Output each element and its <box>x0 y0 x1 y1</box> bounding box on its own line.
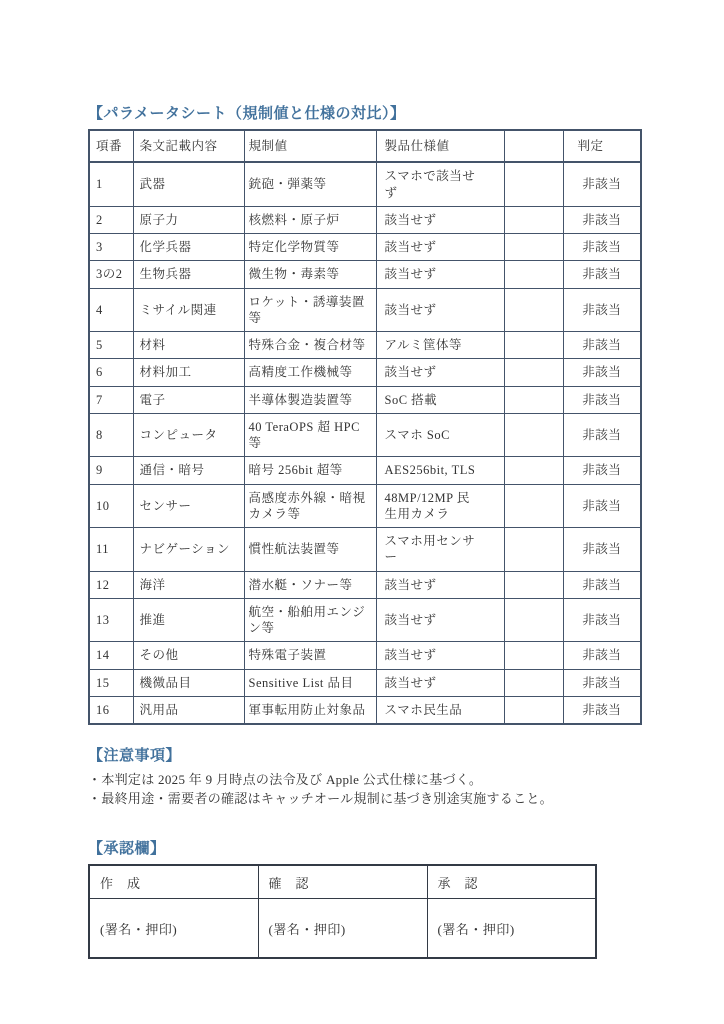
approval-sign-row: (署名・押印)(署名・押印)(署名・押印) <box>89 899 596 959</box>
table-cell: 銃砲・弾薬等 <box>244 162 376 206</box>
table-cell: 13 <box>89 598 133 642</box>
table-cell: アルミ筐体等 <box>376 332 504 359</box>
table-cell <box>504 359 563 386</box>
table-cell <box>504 484 563 528</box>
column-header: 製品仕様値 <box>376 130 504 162</box>
table-cell: 該当せず <box>376 234 504 261</box>
table-row: 12海洋潜水艇・ソナー等該当せず非該当 <box>89 571 641 598</box>
table-cell <box>504 162 563 206</box>
table-cell: スマホ SoC <box>376 413 504 457</box>
table-cell: 非該当 <box>563 332 641 359</box>
table-row: 15機微品目Sensitive List 品目該当せず非該当 <box>89 669 641 696</box>
table-cell: 非該当 <box>563 162 641 206</box>
table-cell: 1 <box>89 162 133 206</box>
table-cell: 9 <box>89 457 133 484</box>
approval-sign-cell: (署名・押印) <box>89 899 258 959</box>
table-cell: 該当せず <box>376 206 504 233</box>
column-header: 条文記載内容 <box>133 130 244 162</box>
table-cell: センサー <box>133 484 244 528</box>
table-cell: 3 <box>89 234 133 261</box>
table-cell: 8 <box>89 413 133 457</box>
table-cell <box>504 696 563 724</box>
table-cell: 該当せず <box>376 642 504 669</box>
note-item: ・本判定は 2025 年 9 月時点の法令及び Apple 公式仕様に基づく。 <box>88 771 640 790</box>
table-cell: 武器 <box>133 162 244 206</box>
table-cell: 海洋 <box>133 571 244 598</box>
table-cell: 生物兵器 <box>133 261 244 288</box>
approval-sign-cell: (署名・押印) <box>427 899 596 959</box>
table-cell: 微生物・毒素等 <box>244 261 376 288</box>
table-cell: 非該当 <box>563 234 641 261</box>
table-cell: 2 <box>89 206 133 233</box>
table-row: 7電子半導体製造装置等SoC 搭載非該当 <box>89 386 641 413</box>
parameter-table: 項番条文記載内容規制値製品仕様値判定 1武器銃砲・弾薬等スマホで該当せず非該当2… <box>88 129 642 725</box>
table-cell: 12 <box>89 571 133 598</box>
table-cell: 10 <box>89 484 133 528</box>
table-cell: 材料 <box>133 332 244 359</box>
table-cell: 航空・船舶用エンジン等 <box>244 598 376 642</box>
table-cell <box>504 386 563 413</box>
table-row: 10センサー高感度赤外線・暗視カメラ等48MP/12MP 民生用カメラ非該当 <box>89 484 641 528</box>
table-cell: その他 <box>133 642 244 669</box>
table-cell: スマホ民生品 <box>376 696 504 724</box>
table-cell: 該当せず <box>376 571 504 598</box>
table-cell: ミサイル関連 <box>133 288 244 332</box>
table-cell: 15 <box>89 669 133 696</box>
table-cell: 非該当 <box>563 669 641 696</box>
table-cell: Sensitive List 品目 <box>244 669 376 696</box>
table-cell: 該当せず <box>376 261 504 288</box>
approval-header-cell: 承 認 <box>427 865 596 899</box>
table-row: 6材料加工高精度工作機械等該当せず非該当 <box>89 359 641 386</box>
table-cell <box>504 261 563 288</box>
table-cell: 慣性航法装置等 <box>244 528 376 572</box>
table-row: 1武器銃砲・弾薬等スマホで該当せず非該当 <box>89 162 641 206</box>
approval-header-cell: 作 成 <box>89 865 258 899</box>
table-row: 5材料特殊合金・複合材等アルミ筐体等非該当 <box>89 332 641 359</box>
table-cell <box>504 288 563 332</box>
table-cell: 非該当 <box>563 288 641 332</box>
table-cell: 該当せず <box>376 669 504 696</box>
table-cell: スマホ用センサー <box>376 528 504 572</box>
table-cell: 軍事転用防止対象品 <box>244 696 376 724</box>
page-title: 【パラメータシート（規制値と仕様の対比）】 <box>88 104 640 124</box>
column-header: 判定 <box>563 130 641 162</box>
approval-section: 【承認欄】 作 成確 認承 認 (署名・押印)(署名・押印)(署名・押印) <box>88 839 640 959</box>
table-cell <box>504 457 563 484</box>
table-cell <box>504 413 563 457</box>
table-cell: 16 <box>89 696 133 724</box>
table-cell: 非該当 <box>563 413 641 457</box>
table-row: 16汎用品軍事転用防止対象品スマホ民生品非該当 <box>89 696 641 724</box>
table-cell: コンピュータ <box>133 413 244 457</box>
table-row: 13推進航空・船舶用エンジン等該当せず非該当 <box>89 598 641 642</box>
table-cell: 特殊電子装置 <box>244 642 376 669</box>
table-cell: 機微品目 <box>133 669 244 696</box>
table-cell: 非該当 <box>563 484 641 528</box>
table-cell: 化学兵器 <box>133 234 244 261</box>
table-cell: 高感度赤外線・暗視カメラ等 <box>244 484 376 528</box>
table-cell: 推進 <box>133 598 244 642</box>
approval-title: 【承認欄】 <box>88 839 640 859</box>
table-cell: 非該当 <box>563 571 641 598</box>
table-cell <box>504 598 563 642</box>
table-row: 4ミサイル関連ロケット・誘導装置等該当せず非該当 <box>89 288 641 332</box>
table-cell: 高精度工作機械等 <box>244 359 376 386</box>
table-row: 14その他特殊電子装置該当せず非該当 <box>89 642 641 669</box>
table-cell: SoC 搭載 <box>376 386 504 413</box>
table-cell: 原子力 <box>133 206 244 233</box>
table-cell <box>504 669 563 696</box>
table-cell <box>504 234 563 261</box>
column-header <box>504 130 563 162</box>
table-cell: 該当せず <box>376 598 504 642</box>
table-cell: 半導体製造装置等 <box>244 386 376 413</box>
column-header: 項番 <box>89 130 133 162</box>
approval-table: 作 成確 認承 認 (署名・押印)(署名・押印)(署名・押印) <box>88 864 597 959</box>
table-cell: 7 <box>89 386 133 413</box>
table-cell: 材料加工 <box>133 359 244 386</box>
column-header: 規制値 <box>244 130 376 162</box>
table-cell <box>504 206 563 233</box>
table-cell: 汎用品 <box>133 696 244 724</box>
table-header-row: 項番条文記載内容規制値製品仕様値判定 <box>89 130 641 162</box>
table-cell <box>504 528 563 572</box>
table-cell: 非該当 <box>563 457 641 484</box>
table-cell: 4 <box>89 288 133 332</box>
approval-header-cell: 確 認 <box>258 865 427 899</box>
table-cell: 非該当 <box>563 206 641 233</box>
table-cell: ナビゲーション <box>133 528 244 572</box>
table-cell: 11 <box>89 528 133 572</box>
table-cell: 通信・暗号 <box>133 457 244 484</box>
approval-sign-cell: (署名・押印) <box>258 899 427 959</box>
table-cell: スマホで該当せず <box>376 162 504 206</box>
table-cell: 電子 <box>133 386 244 413</box>
table-cell: 非該当 <box>563 386 641 413</box>
table-row: 8コンピュータ40 TeraOPS 超 HPC 等スマホ SoC非該当 <box>89 413 641 457</box>
table-cell <box>504 571 563 598</box>
table-cell: 5 <box>89 332 133 359</box>
table-row: 11ナビゲーション慣性航法装置等スマホ用センサー非該当 <box>89 528 641 572</box>
table-cell: 核燃料・原子炉 <box>244 206 376 233</box>
table-cell: 40 TeraOPS 超 HPC 等 <box>244 413 376 457</box>
table-cell: 暗号 256bit 超等 <box>244 457 376 484</box>
table-cell: 14 <box>89 642 133 669</box>
table-cell: 非該当 <box>563 261 641 288</box>
table-cell: 非該当 <box>563 528 641 572</box>
notes-list: ・本判定は 2025 年 9 月時点の法令及び Apple 公式仕様に基づく。・… <box>88 771 640 809</box>
table-cell: 特定化学物質等 <box>244 234 376 261</box>
note-item: ・最終用途・需要者の確認はキャッチオール規制に基づき別途実施すること。 <box>88 790 640 809</box>
table-cell: 該当せず <box>376 288 504 332</box>
table-cell <box>504 642 563 669</box>
table-cell: 非該当 <box>563 359 641 386</box>
table-cell: 3の2 <box>89 261 133 288</box>
table-cell: ロケット・誘導装置等 <box>244 288 376 332</box>
table-cell: 特殊合金・複合材等 <box>244 332 376 359</box>
table-cell: 該当せず <box>376 359 504 386</box>
table-cell <box>504 332 563 359</box>
table-cell: 6 <box>89 359 133 386</box>
notes-title: 【注意事項】 <box>88 746 640 766</box>
approval-header-row: 作 成確 認承 認 <box>89 865 596 899</box>
table-cell: 非該当 <box>563 696 641 724</box>
table-cell: 48MP/12MP 民生用カメラ <box>376 484 504 528</box>
table-row: 3の2生物兵器微生物・毒素等該当せず非該当 <box>89 261 641 288</box>
table-cell: 非該当 <box>563 598 641 642</box>
document-page: 【パラメータシート（規制値と仕様の対比）】 項番条文記載内容規制値製品仕様値判定… <box>0 0 724 1024</box>
table-cell: 非該当 <box>563 642 641 669</box>
notes-section: 【注意事項】 ・本判定は 2025 年 9 月時点の法令及び Apple 公式仕… <box>88 746 640 809</box>
table-row: 2原子力核燃料・原子炉該当せず非該当 <box>89 206 641 233</box>
table-cell: 潜水艇・ソナー等 <box>244 571 376 598</box>
table-cell: AES256bit, TLS <box>376 457 504 484</box>
table-row: 9通信・暗号暗号 256bit 超等AES256bit, TLS非該当 <box>89 457 641 484</box>
table-row: 3化学兵器特定化学物質等該当せず非該当 <box>89 234 641 261</box>
